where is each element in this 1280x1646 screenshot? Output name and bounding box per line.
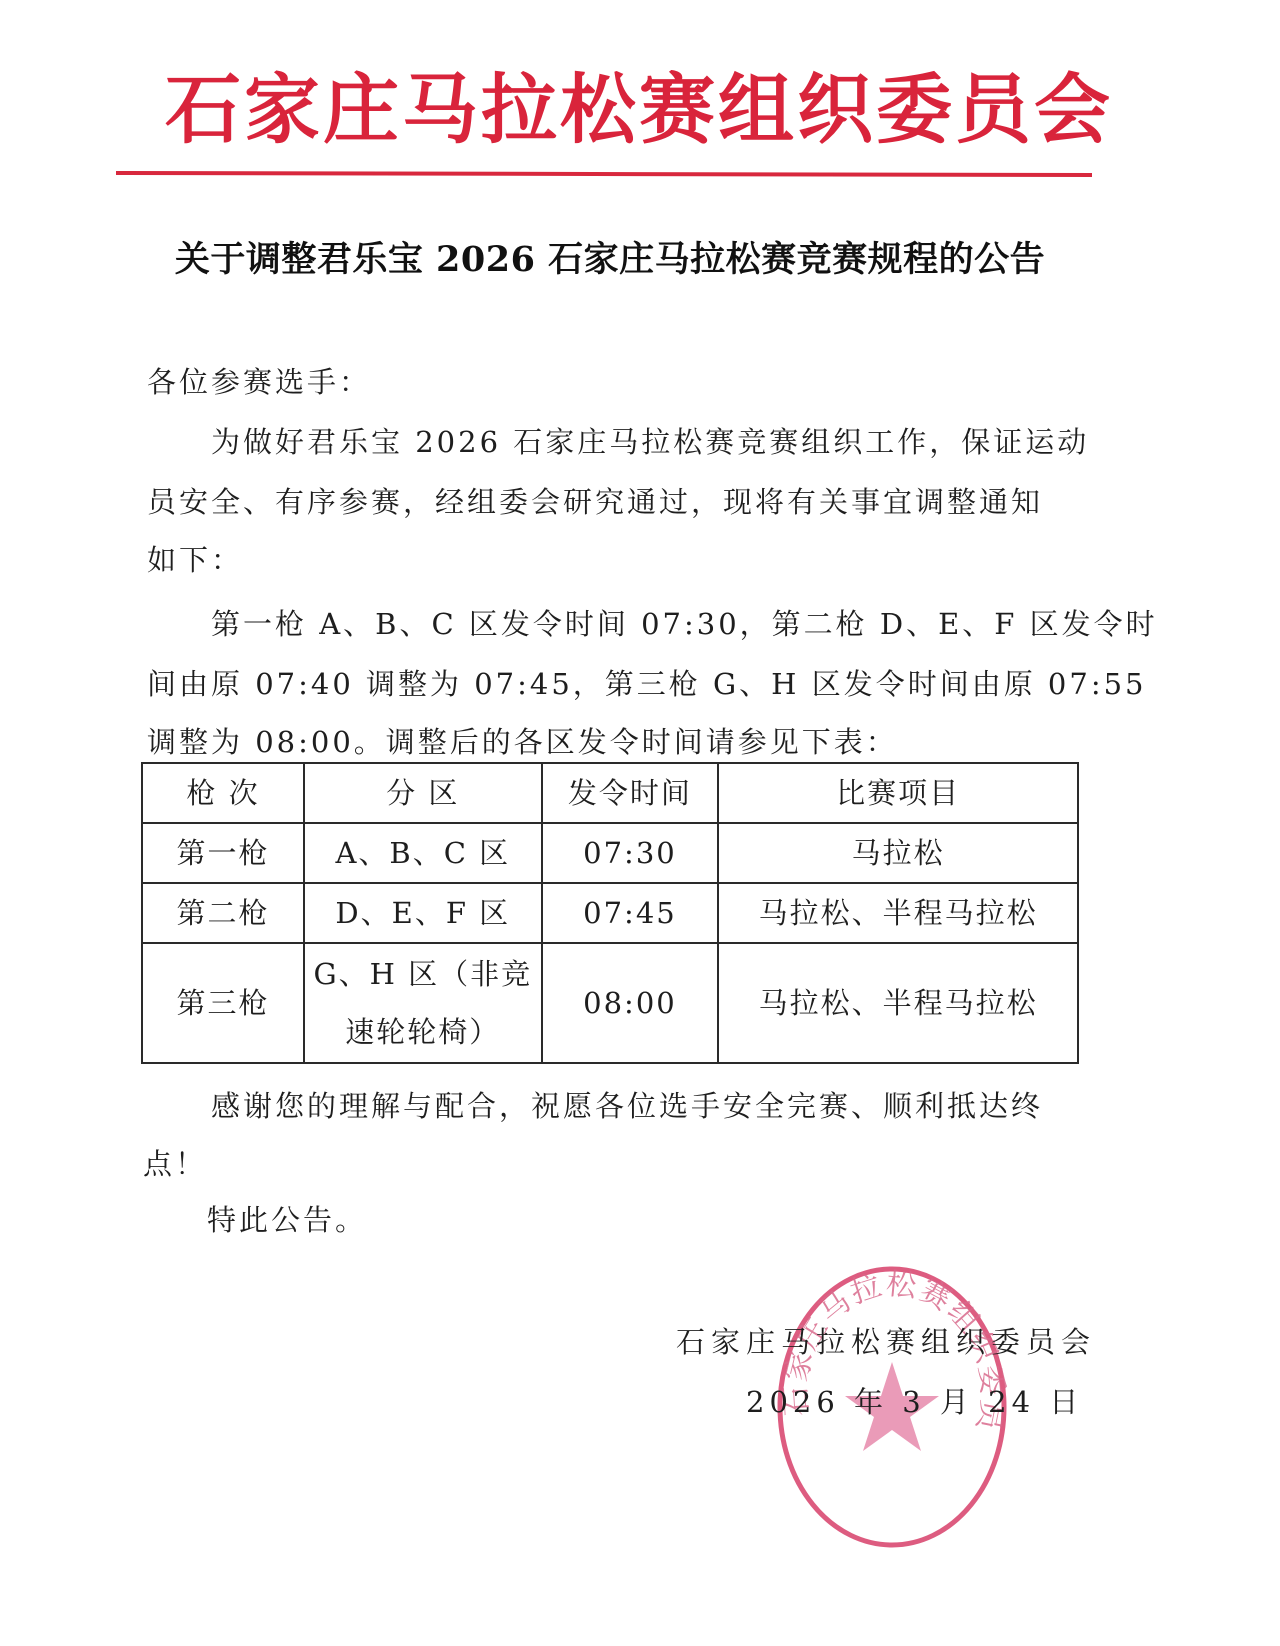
cell-start-time: 07:30 [542, 823, 719, 883]
table-header-events: 比赛项目 [718, 763, 1078, 823]
table-header-row: 枪 次 分 区 发令时间 比赛项目 [142, 763, 1078, 823]
cell-zones-line: 速轮轮椅） [305, 1003, 540, 1061]
table-header-zones: 分 区 [304, 763, 541, 823]
table-row: 第三枪 G、H 区（非竞 速轮轮椅） 08:00 马拉松、半程马拉松 [142, 943, 1078, 1063]
notice-title: 关于调整君乐宝 2026 石家庄马拉松赛竞赛规程的公告 [150, 232, 1070, 288]
cell-zones: A、B、C 区 [304, 823, 541, 883]
signature-org: 石家庄马拉松赛组织委员会 [676, 1320, 1096, 1361]
letterhead-red-divider [116, 171, 1092, 177]
cell-events: 马拉松 [718, 823, 1078, 883]
table-header-start-time: 发令时间 [542, 763, 719, 823]
cell-start-time: 07:45 [542, 883, 719, 943]
cell-wave: 第一枪 [142, 823, 304, 883]
cell-events: 马拉松、半程马拉松 [718, 883, 1078, 943]
paragraph-line: 感谢您的理解与配合，祝愿各位选手安全完赛、顺利抵达终 [211, 1076, 1043, 1136]
cell-zones: D、E、F 区 [304, 883, 541, 943]
table-row: 第二枪 D、E、F 区 07:45 马拉松、半程马拉松 [142, 883, 1078, 943]
start-time-table: 枪 次 分 区 发令时间 比赛项目 第一枪 A、B、C 区 07:30 马拉松 … [141, 762, 1079, 1064]
cell-wave: 第二枪 [142, 883, 304, 943]
paragraph-line: 点！ [143, 1134, 207, 1194]
closing-statement: 特此公告。 [207, 1190, 367, 1250]
letterhead-org-name: 石家庄马拉松赛组织委员会 [165, 62, 1055, 158]
cell-zones-line: G、H 区（非竞 [305, 945, 540, 1003]
cell-wave: 第三枪 [142, 943, 304, 1063]
paragraph-line: 员安全、有序参赛，经组委会研究通过，现将有关事宜调整通知 [147, 472, 1043, 532]
cell-start-time: 08:00 [542, 943, 719, 1063]
signature-date: 2026 年 3 月 24 日 [746, 1380, 1083, 1421]
salutation: 各位参赛选手： [147, 352, 371, 412]
table-header-wave: 枪 次 [142, 763, 304, 823]
cell-events: 马拉松、半程马拉松 [718, 943, 1078, 1063]
paragraph-line: 第一枪 A、B、C 区发令时间 07:30，第二枪 D、E、F 区发令时 [211, 594, 1158, 654]
table-row: 第一枪 A、B、C 区 07:30 马拉松 [142, 823, 1078, 883]
paragraph-line: 间由原 07:40 调整为 07:45，第三枪 G、H 区发令时间由原 07:5… [147, 654, 1147, 714]
cell-zones: G、H 区（非竞 速轮轮椅） [304, 943, 541, 1063]
paragraph-line: 为做好君乐宝 2026 石家庄马拉松赛竞赛组织工作，保证运动 [211, 412, 1089, 472]
paragraph-line: 如下： [147, 530, 243, 590]
